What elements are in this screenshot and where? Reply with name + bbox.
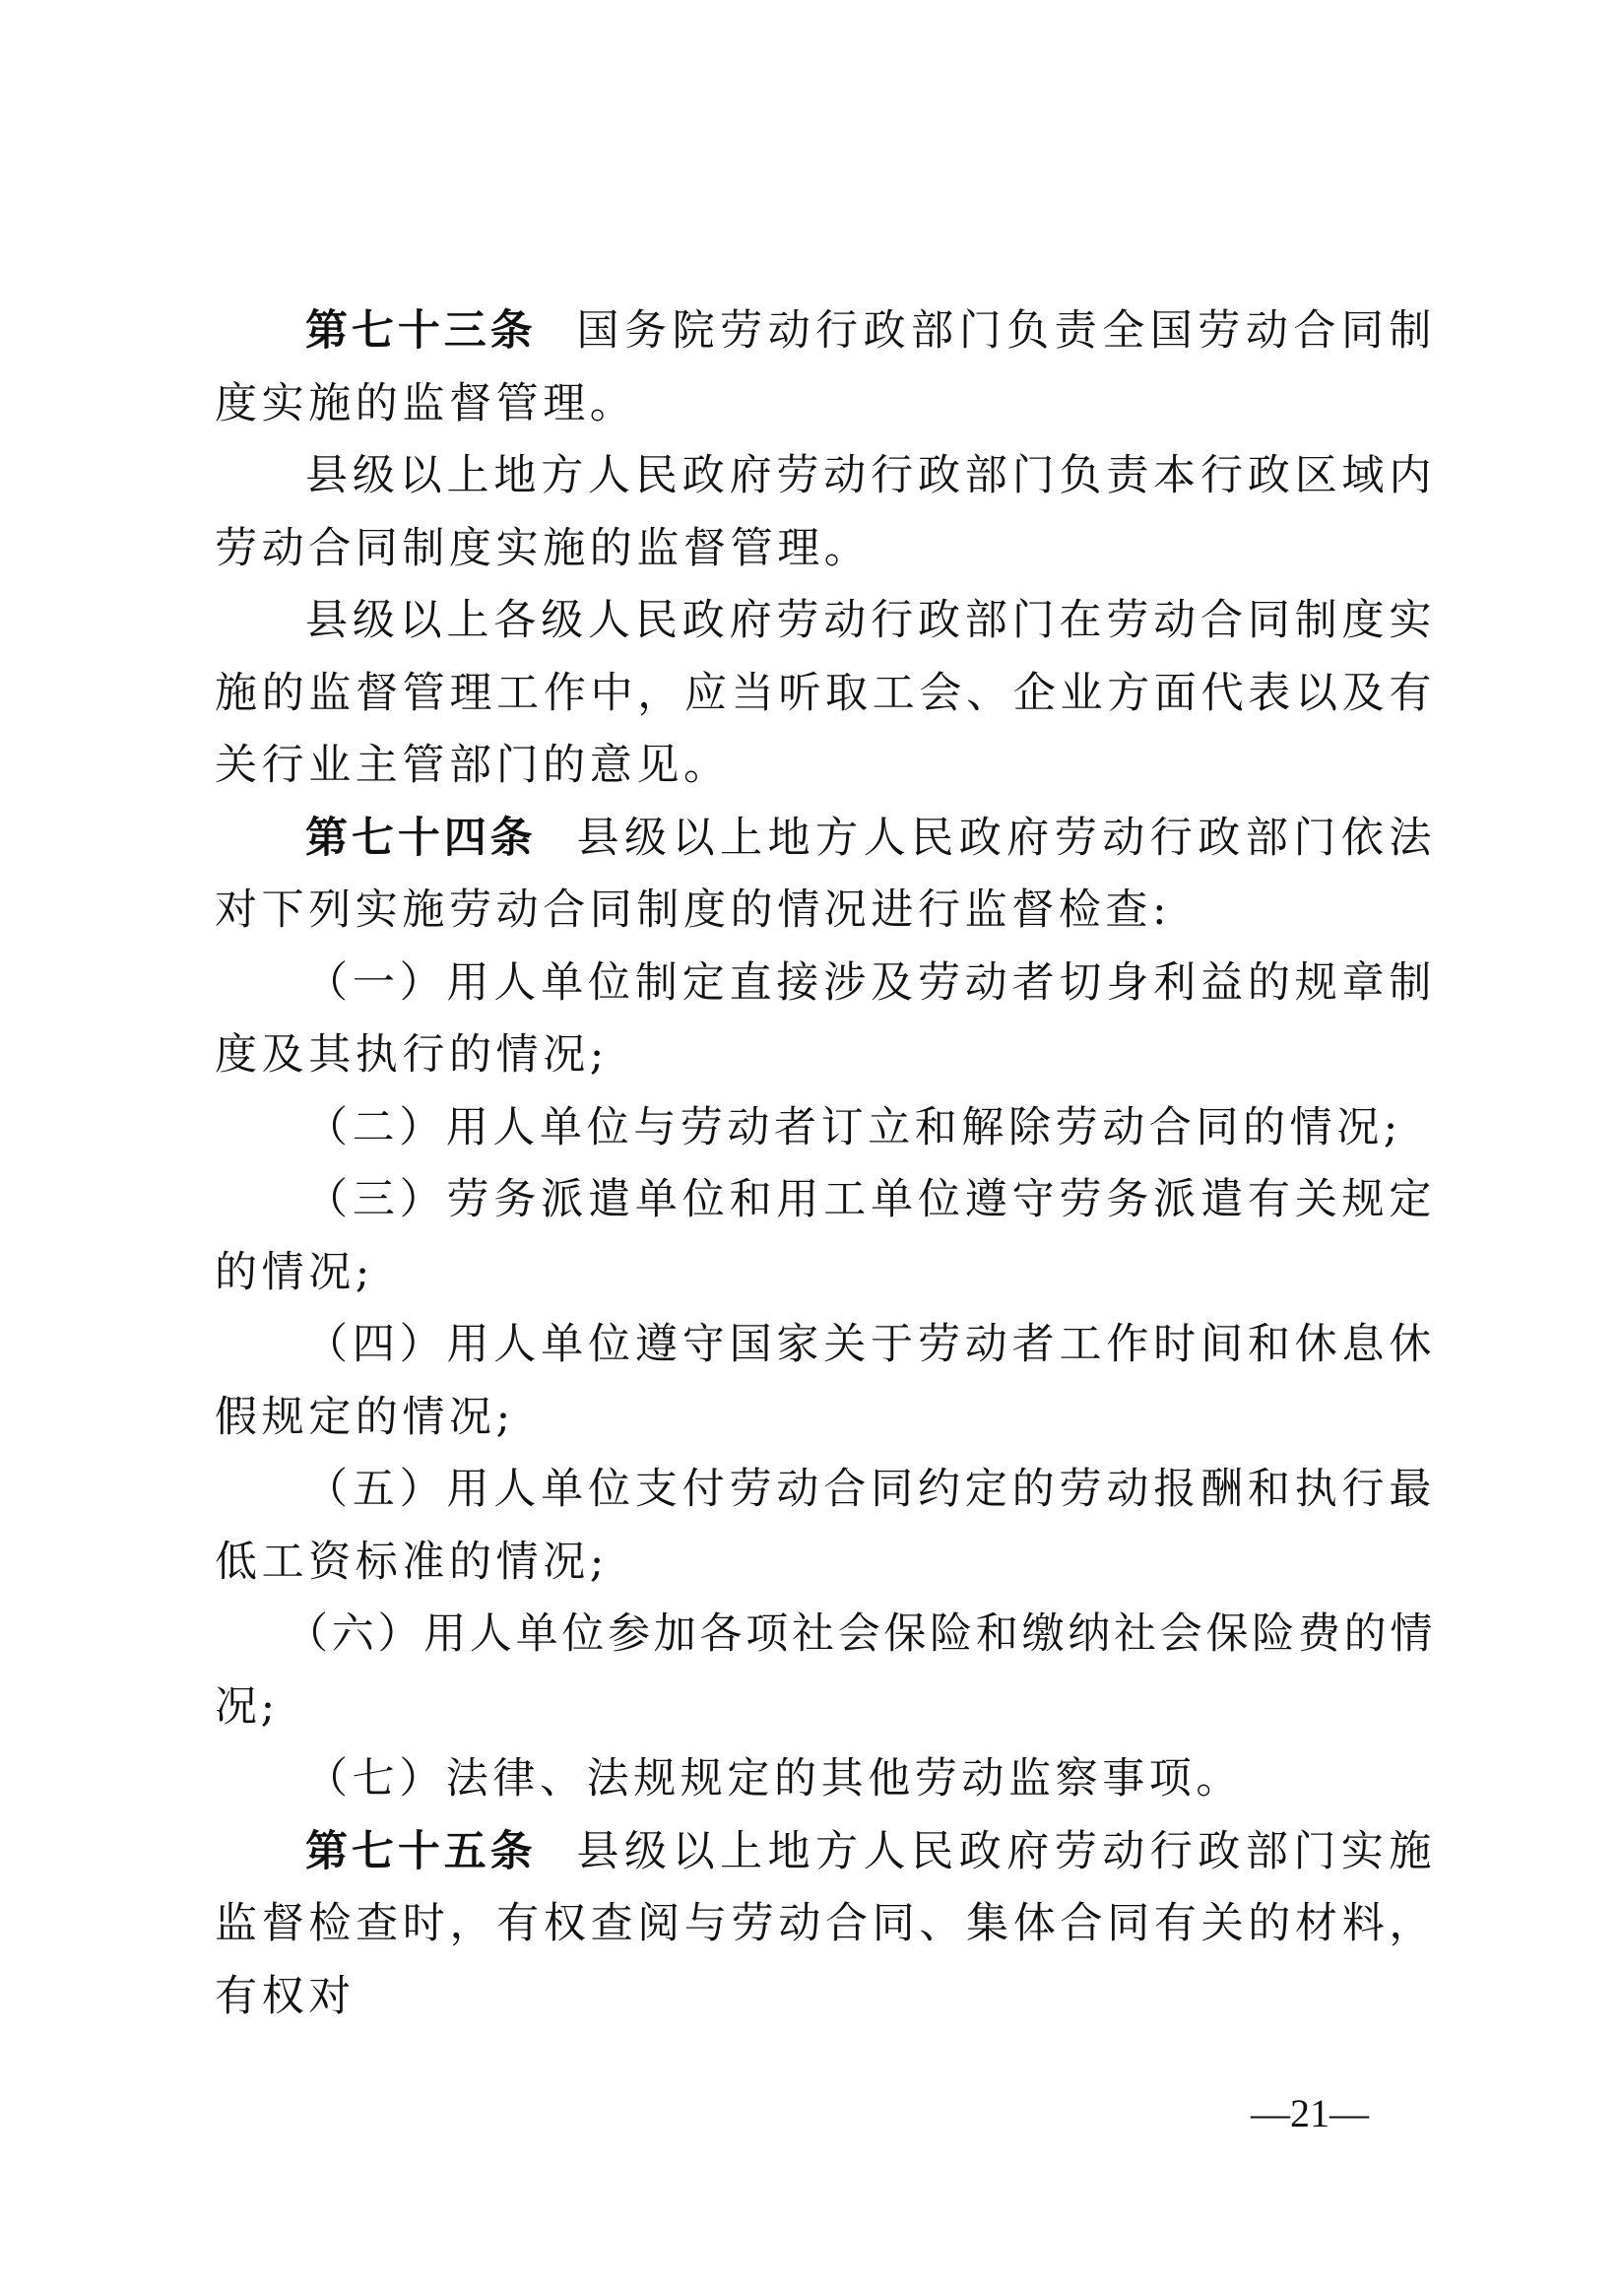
article-73-paragraph: 第七十三条国务院劳动行政部门负责全国劳动合同制度实施的监督管理。 — [215, 295, 1436, 440]
article-74-paragraph: 第七十四条县级以上地方人民政府劳动行政部门依法对下列实施劳动合同制度的情况进行监… — [215, 803, 1436, 948]
article-74-item-1: （一）用人单位制定直接涉及劳动者切身利益的规章制度及其执行的情况; — [215, 948, 1436, 1092]
article-74-item-5: （五）用人单位支付劳动合同约定的劳动报酬和执行最低工资标准的情况; — [215, 1454, 1436, 1599]
article-73-clause-2: 县级以上地方人民政府劳动行政部门负责本行政区域内劳动合同制度实施的监督管理。 — [215, 440, 1436, 585]
article-74-item-6: （六）用人单位参加各项社会保险和缴纳社会保险费的情况; — [215, 1599, 1436, 1743]
article-73-number: 第七十三条 — [305, 306, 537, 356]
article-74-item-3: （三）劳务派遣单位和用工单位遵守劳务派遣有关规定的情况; — [215, 1164, 1436, 1309]
article-74-item-7: （七）法律、法规规定的其他劳动监察事项。 — [215, 1743, 1436, 1816]
page-number: —21— — [1251, 2090, 1369, 2136]
article-75-paragraph: 第七十五条县级以上地方人民政府劳动行政部门实施监督检查时，有权查阅与劳动合同、集… — [215, 1816, 1436, 2034]
article-75-number: 第七十五条 — [305, 1827, 537, 1876]
article-74-item-2: （二）用人单位与劳动者订立和解除劳动合同的情况; — [215, 1092, 1436, 1165]
article-73-clause-3: 县级以上各级人民政府劳动行政部门在劳动合同制度实施的监督管理工作中，应当听取工会… — [215, 585, 1436, 803]
article-74-number: 第七十四条 — [305, 814, 537, 863]
document-page: 第七十三条国务院劳动行政部门负责全国劳动合同制度实施的监督管理。 县级以上地方人… — [215, 295, 1436, 2033]
article-74-item-4: （四）用人单位遵守国家关于劳动者工作时间和休息休假规定的情况; — [215, 1309, 1436, 1454]
